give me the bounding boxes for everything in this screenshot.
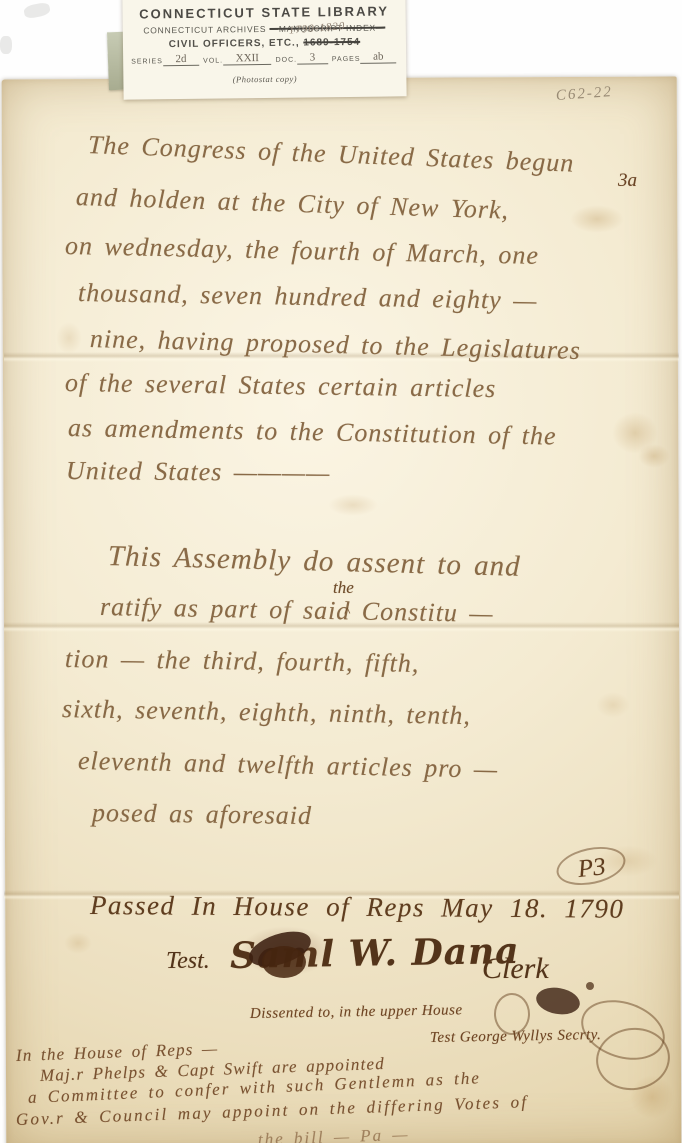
field-vol-label: VOL.: [203, 58, 223, 66]
stain: [638, 444, 670, 468]
card-civil-officers-line: CIVIL OFFICERS, ETC., 1689-1754: [123, 36, 406, 50]
photostat-note: (Photostat copy): [123, 72, 406, 85]
field-series-label: SERIES: [131, 58, 163, 66]
field-pages-value: ab: [360, 50, 396, 63]
card-civil-officers-text: CIVIL OFFICERS, ETC.,: [169, 38, 300, 51]
field-vol-value: XXII: [223, 52, 272, 66]
field-doc-label: DOC.: [276, 57, 298, 65]
manuscript-line: posed as aforesaid: [92, 798, 312, 831]
stain: [56, 322, 82, 354]
smudge: [23, 1, 51, 19]
test-label: Test.: [166, 948, 210, 975]
stain: [596, 692, 630, 718]
struck-dates: 1689-1754: [303, 37, 360, 49]
insertion-caret: ^: [344, 604, 349, 620]
flourish-loop: [494, 993, 530, 1035]
ink-blot: [262, 946, 306, 978]
card-fields-row: SERIES 2d VOL. XXII DOC. 3 PAGES ab: [131, 50, 400, 66]
pencil-date-annotation: 1790-1820: [288, 20, 345, 37]
archive-label-card: CONNECTICUT STATE LIBRARY CONNECTICUT AR…: [122, 0, 406, 100]
stain: [64, 932, 92, 954]
manuscript-line: United States ————: [66, 456, 331, 488]
smudge: [0, 36, 12, 54]
field-series-value: 2d: [163, 53, 199, 66]
field-doc-value: 3: [297, 51, 328, 64]
ink-speck: [586, 982, 594, 990]
stain: [328, 494, 378, 516]
clerk-title: Clerk: [482, 952, 549, 986]
manuscript-line: of the several States certain articles: [65, 368, 497, 404]
passed-line: Passed In House of Reps May 18. 1790: [90, 890, 625, 925]
stain: [570, 205, 624, 233]
page-number-mark: 3a: [618, 170, 637, 192]
card-archives-line: CONNECTICUT ARCHIVES —MANUSCRIPT INDEX—: [123, 22, 406, 35]
field-pages-label: PAGES: [332, 56, 361, 64]
card-title: CONNECTICUT STATE LIBRARY: [123, 3, 406, 21]
document-scan: CONNECTICUT STATE LIBRARY CONNECTICUT AR…: [0, 0, 682, 1143]
insertion-word: the: [333, 578, 354, 598]
card-archives-text: CONNECTICUT ARCHIVES: [143, 24, 266, 36]
manuscript-line: tion — the third, fourth, fifth,: [65, 644, 420, 679]
